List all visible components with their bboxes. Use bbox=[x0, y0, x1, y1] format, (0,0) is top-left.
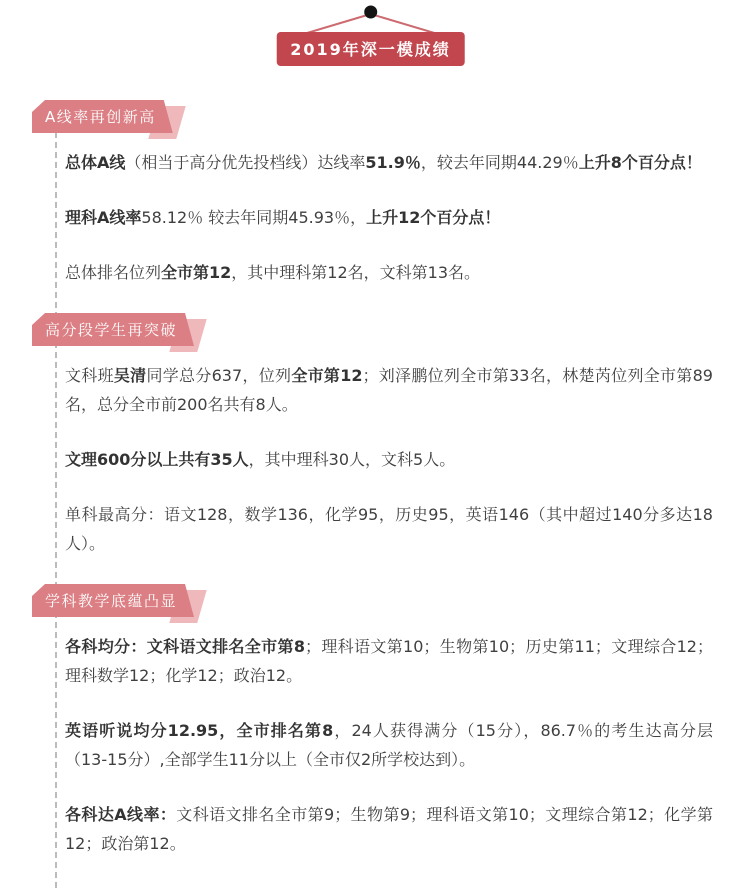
body-text: （相当于高分优先投档线）达线率 bbox=[125, 153, 365, 172]
section-top-students: 高分段学生再突破 文科班吴清同学总分637，位列全市第12；刘泽鹏位列全市第33… bbox=[65, 313, 713, 558]
emphasis-text: 51.9％ bbox=[365, 153, 420, 172]
poster-canvas: 2019年深一模成绩 A线率再创新高 总体A线（相当于高分优先投档线）达线率51… bbox=[0, 0, 741, 893]
paragraph: 理科A线率58.12％ 较去年同期45.93％，上升12个百分点！ bbox=[65, 203, 713, 232]
emphasis-text: 上升12个百分点！ bbox=[366, 208, 500, 227]
emphasis-text: 全市第12 bbox=[291, 366, 362, 385]
emphasis-text: 英语听说均分12.95，全市排名第8 bbox=[65, 721, 333, 740]
section-a-line-rate: A线率再创新高 总体A线（相当于高分优先投档线）达线率51.9％，较去年同期44… bbox=[65, 100, 713, 287]
paragraph: 英语听说均分12.95，全市排名第8，24人获得满分（15分），86.7％的考生… bbox=[65, 716, 713, 774]
emphasis-text: 全市第12 bbox=[161, 263, 231, 282]
content: A线率再创新高 总体A线（相当于高分优先投档线）达线率51.9％，较去年同期44… bbox=[0, 0, 741, 858]
paragraph: 各科均分：文科语文排名全市第8；理科语文第10；生物第10；历史第11；文理综合… bbox=[65, 632, 713, 690]
emphasis-text: 文理600分以上共有35人 bbox=[65, 450, 249, 469]
body-text: 文科班 bbox=[65, 366, 114, 385]
paragraph: 单科最高分：语文128，数学136，化学95，历史95，英语146（其中超过14… bbox=[65, 500, 713, 558]
emphasis-text: 吴清 bbox=[114, 366, 147, 385]
emphasis-text: 各科达A线率： bbox=[65, 805, 176, 824]
body-text: 总体排名位列 bbox=[65, 263, 161, 282]
hanger: 2019年深一模成绩 bbox=[276, 4, 465, 66]
section-subject-teaching: 学科教学底蕴凸显 各科均分：文科语文排名全市第8；理科语文第10；生物第10；历… bbox=[65, 584, 713, 858]
pin-icon bbox=[295, 4, 445, 34]
paragraph: 各科达A线率：文科语文排名全市第9；生物第9；理科语文第10；文理综合第12；化… bbox=[65, 800, 713, 858]
page-title: 2019年深一模成绩 bbox=[290, 40, 451, 59]
section-header-ribbon: A线率再创新高 bbox=[32, 100, 173, 133]
body-text: ，其中理科第12名，文科第13名。 bbox=[231, 263, 480, 282]
emphasis-text: 理科A线率 bbox=[65, 208, 141, 227]
section-header-ribbon: 高分段学生再突破 bbox=[32, 313, 194, 346]
emphasis-text: 各科均分：文科语文排名全市第8 bbox=[65, 637, 305, 656]
body-text: 58.12％ 较去年同期45.93％， bbox=[141, 208, 366, 227]
paragraph: 总体排名位列全市第12，其中理科第12名，文科第13名。 bbox=[65, 258, 713, 287]
body-text: 同学总分637，位列 bbox=[146, 366, 291, 385]
emphasis-text: 上升8个百分点！ bbox=[579, 153, 702, 172]
section-title: 学科教学底蕴凸显 bbox=[32, 584, 194, 617]
title-badge: 2019年深一模成绩 bbox=[276, 32, 465, 66]
paragraph: 文科班吴清同学总分637，位列全市第12；刘泽鹏位列全市第33名，林楚芮位列全市… bbox=[65, 361, 713, 419]
emphasis-text: 总体A线 bbox=[65, 153, 125, 172]
section-title: A线率再创新高 bbox=[32, 100, 173, 133]
paragraph: 总体A线（相当于高分优先投档线）达线率51.9％，较去年同期44.29％上升8个… bbox=[65, 148, 713, 177]
body-text: ，其中理科30人，文科5人。 bbox=[249, 450, 456, 469]
paragraph: 文理600分以上共有35人，其中理科30人，文科5人。 bbox=[65, 445, 713, 474]
body-text: 单科最高分：语文128，数学136，化学95，历史95，英语146（其中超过14… bbox=[65, 505, 713, 553]
section-header-ribbon: 学科教学底蕴凸显 bbox=[32, 584, 194, 617]
section-title: 高分段学生再突破 bbox=[32, 313, 194, 346]
body-text: ，较去年同期44.29％ bbox=[421, 153, 579, 172]
